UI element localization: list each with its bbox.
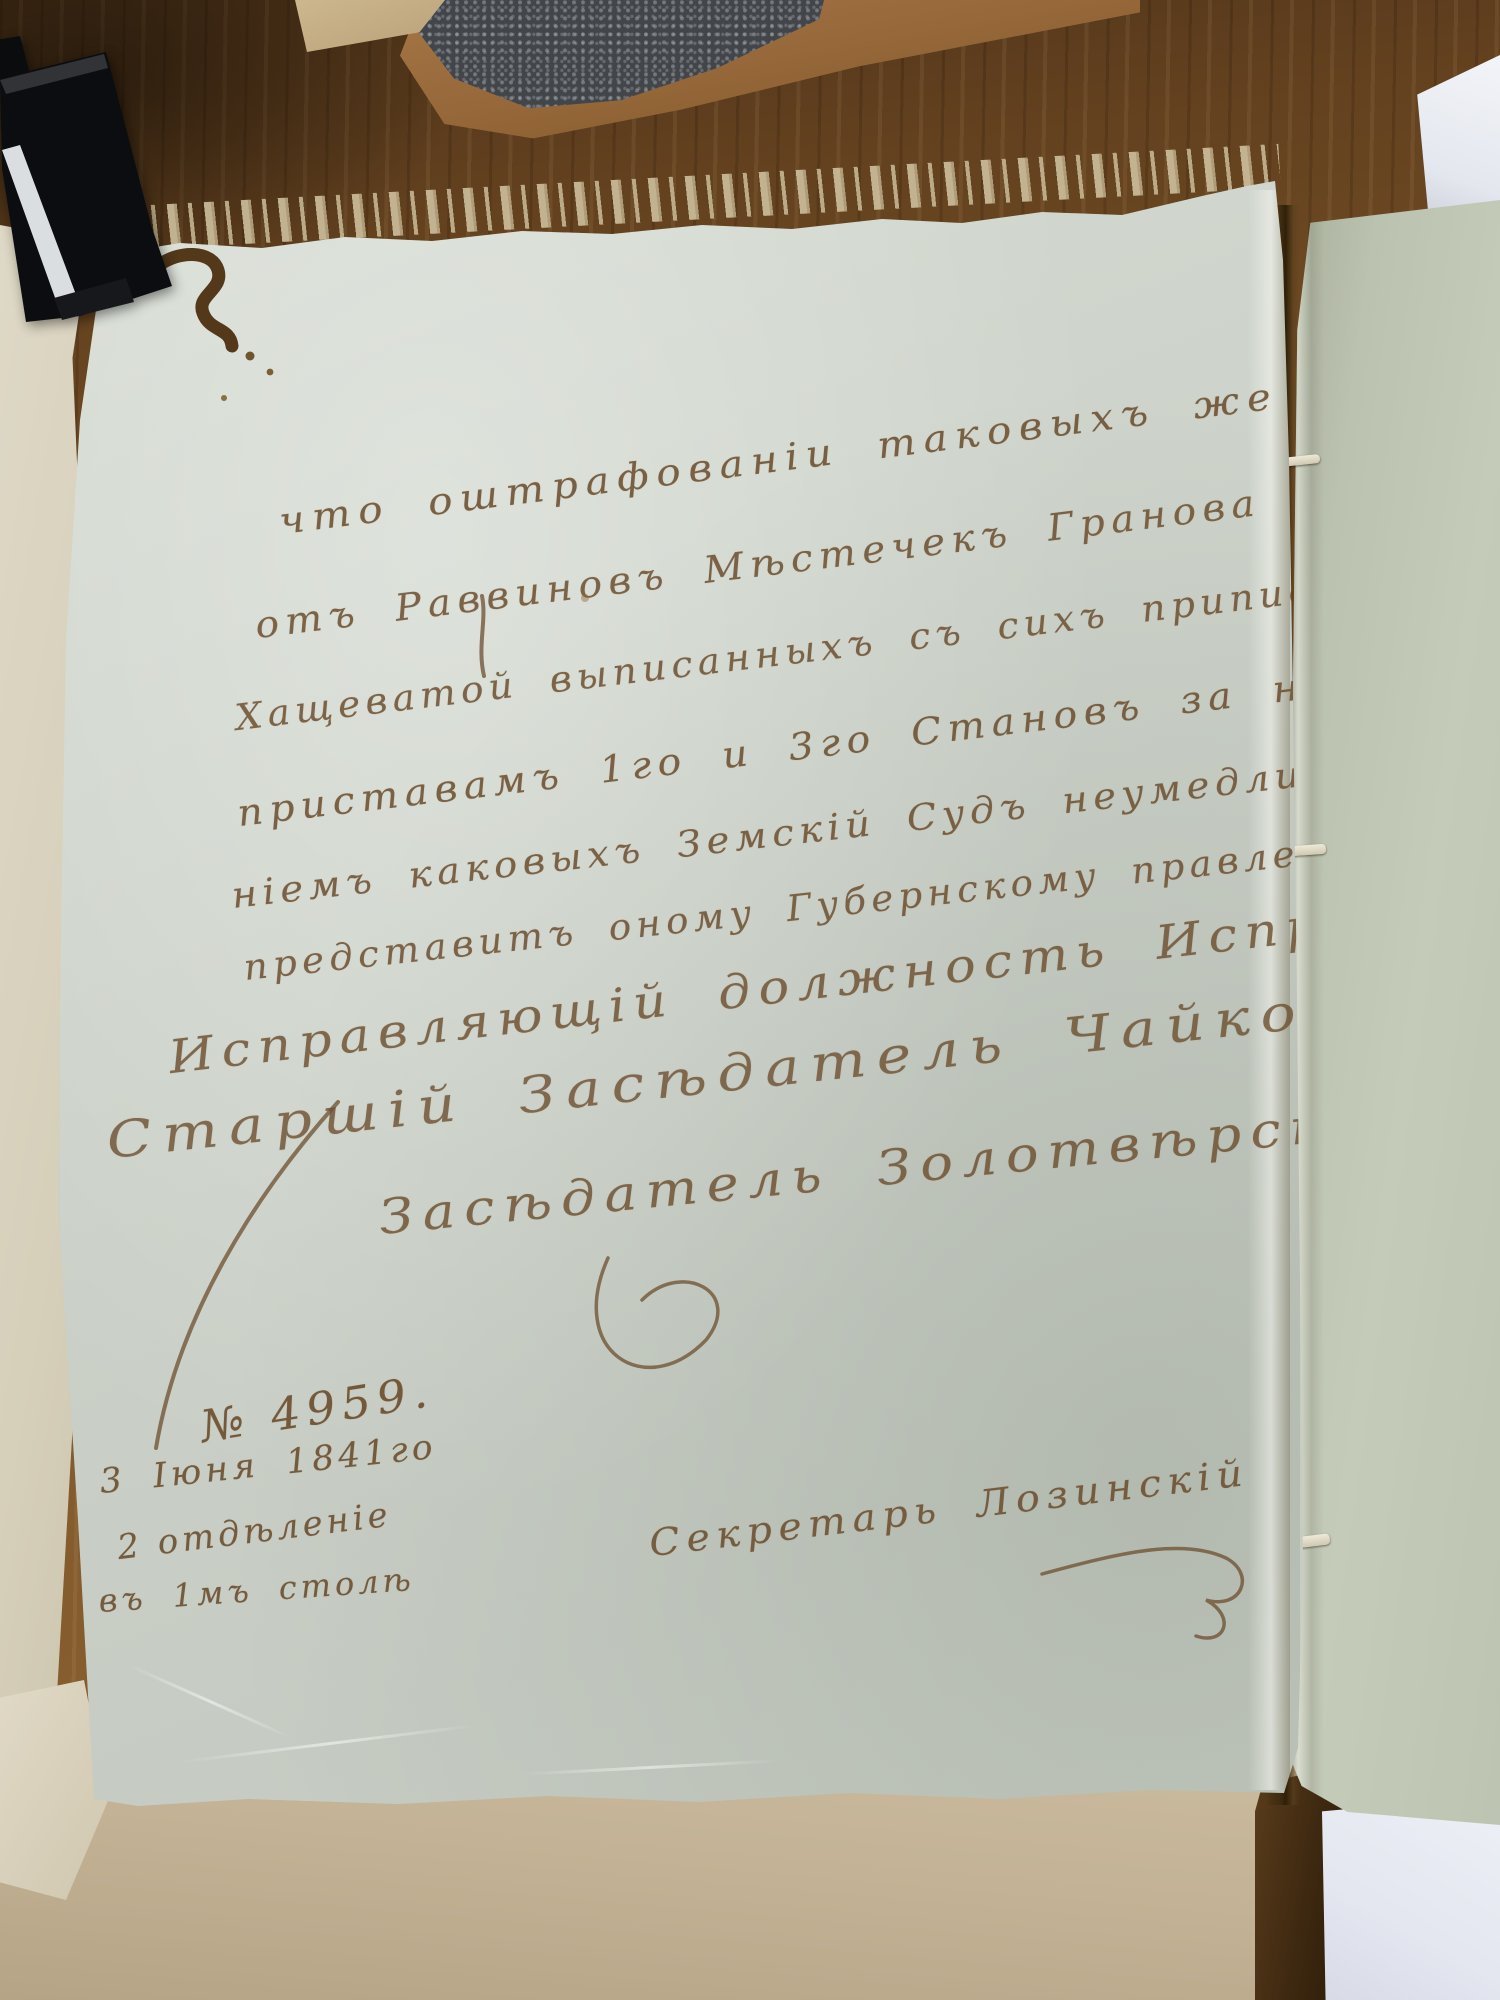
book-right-page [1282,200,1500,1825]
manuscript-page: что оштрафованіи таковыхъ же книгъ отъ Р… [0,0,1500,2000]
white-sheet-bottom-right [1322,1795,1500,2000]
photo-canvas: что оштрафованіи таковыхъ же книгъ отъ Р… [0,0,1500,2000]
binder-clip [0,28,206,338]
